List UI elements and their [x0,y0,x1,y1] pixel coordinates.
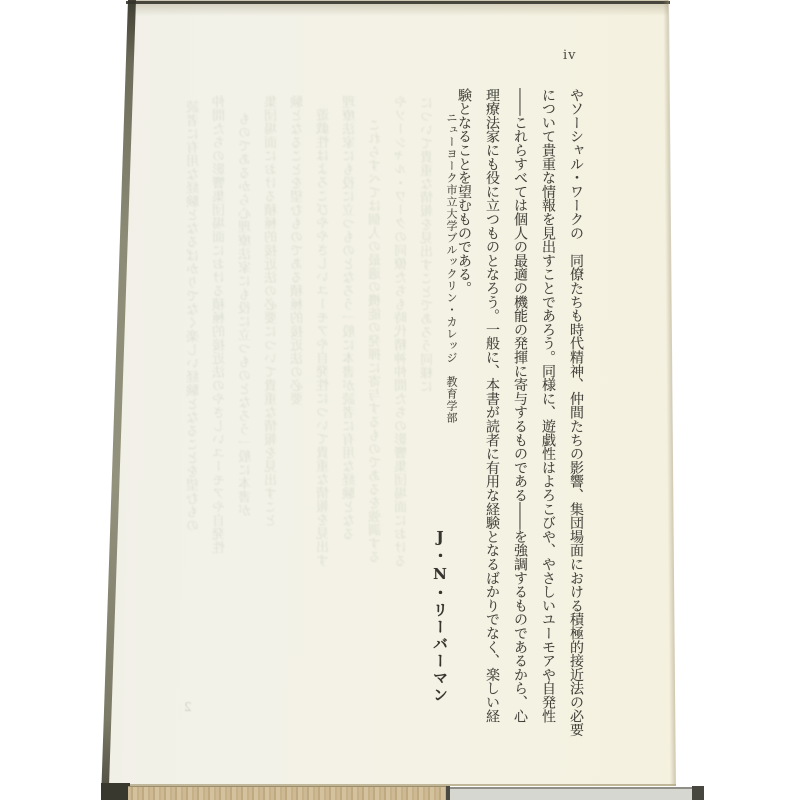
page-block-fore-edge [128,786,446,800]
paragraph-column-2: について貴重な情報を見出すことであろう。同様に、遊戯性はよろこびや、やさしいユー… [541,88,555,723]
show-through-footnote-mark: 2 [184,700,192,714]
show-through-column: 遊戯性はよろこびややさしいユーモアや自発性について貴重な情報を見出す [318,108,331,567]
show-through-column: 験となることを望むものである積極的接近法の必要 [292,95,305,406]
show-through-column: ものであるから心理療法家にも役に立つものとなろう一般に本書が [240,112,253,517]
paragraph-column-1: やソーシャル・ワークの 同僚たちも時代精神、仲間たちの影響、集団場面における積極… [569,88,583,737]
cover-notch-right [692,786,704,800]
page-top-edge [126,1,670,4]
page-block-gray-edge [450,787,692,800]
show-through-column: 読者に有用な経験となるばかりでなく楽しい経験となることを望むもの [188,100,201,532]
paragraph-column-5: 験となることを望むものである。 [457,88,471,295]
show-through-column: について貴重な情報を見出すことであろう同様に [422,96,435,393]
author-affiliation: ニューヨーク市立大学ブルックリン・カレッジ 教育学部 [446,112,457,424]
show-through-column: やソーシャル・ワークの同僚たちも時代精神仲間たちの影響集団場面における [396,95,409,568]
author-signature: J・N・リーバーマン [432,528,447,704]
paragraph-column-4: 理療法家にも役に立つものとなろう。一般に、本書が読者に有用な経験となるばかりでな… [485,88,499,723]
page-number: iv [563,48,577,63]
show-through-column: 理療法家にも役に立つものとなろう一般に本書が読者に有用な経験となる [344,95,357,541]
show-through-column: これらすべては個人の最適の機能の発揮に寄与するものであるを強調する [370,118,383,564]
cover-corner-dark [101,783,130,800]
paragraph-column-3: ――これらすべては個人の最適の機能の発揮に寄与するものである――を強調するもので… [513,88,527,723]
book-photo: について貴重な情報を見出すことであろう同様に やソーシャル・ワークの同僚たちも時… [0,0,800,800]
show-through-column: 集団場面における積極的接近法の必要について貴重な情報を見出すこと [266,95,279,527]
show-through-column: 仲間たちの影響集団場面における積極的接近法のやさしいユーモアや自発性 [214,95,227,554]
